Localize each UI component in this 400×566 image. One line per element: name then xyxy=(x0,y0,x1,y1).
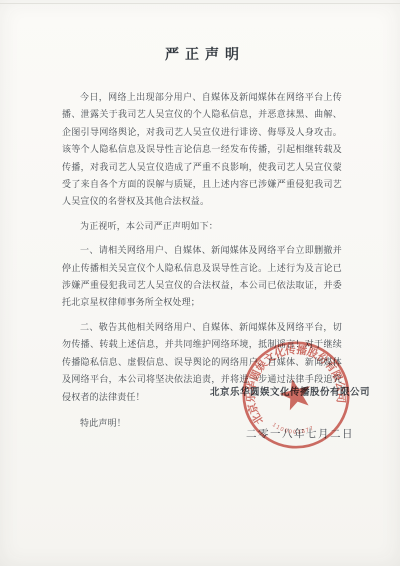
statement-item-1: 一、请相关网络用户、自媒体、新闻媒体及网络平台立即删撤并停止传播相关吴宣仪个人隐… xyxy=(62,243,342,313)
signature-date: 二零一八年七月二日 xyxy=(246,426,354,441)
document-title: 严正声明 xyxy=(62,44,342,64)
statement-paragraph-intro: 今日，网络上出现部分用户、自媒体及新闻媒体在网络平台上传播、泄露关于我司艺人吴宣… xyxy=(62,90,342,212)
signature-company-name: 北京乐华圆娱文化传播股份有限公司 xyxy=(210,384,370,398)
statement-paragraph-lead-in: 为正视听，本公司严正声明如下： xyxy=(62,219,342,236)
statement-document-photo: 严正声明 今日，网络上出现部分用户、自媒体及新闻媒体在网络平台上传播、泄露关于我… xyxy=(0,0,400,566)
document-body: 严正声明 今日，网络上出现部分用户、自媒体及新闻媒体在网络平台上传播、泄露关于我… xyxy=(0,0,400,433)
